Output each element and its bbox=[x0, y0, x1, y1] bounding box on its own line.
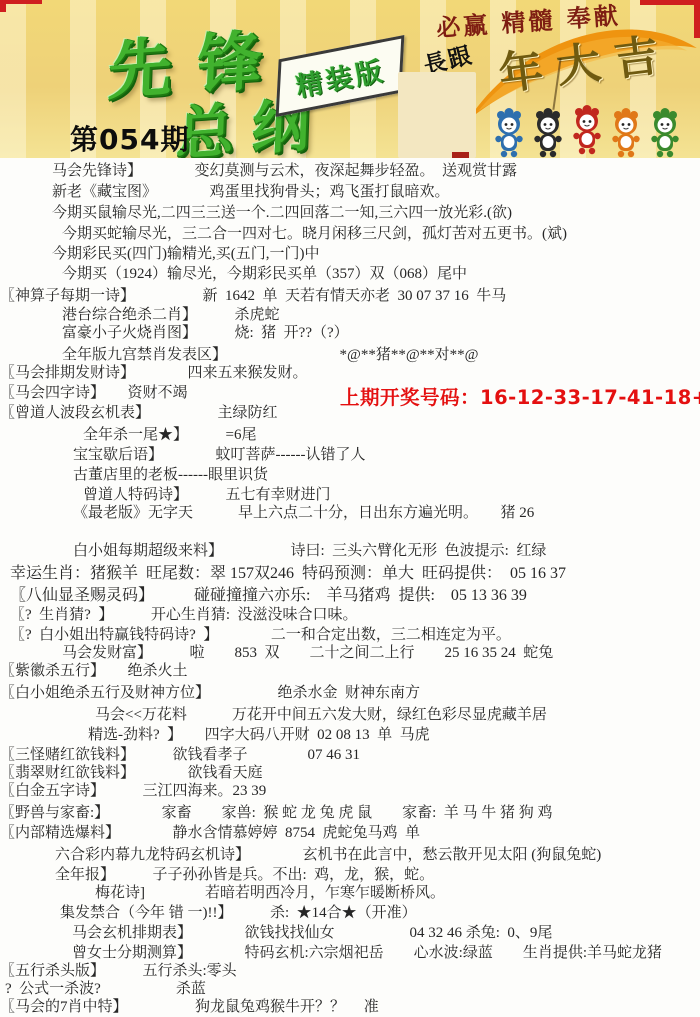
text-line: 宝宝歇后语】 蚊叮菩萨------认错了人 bbox=[73, 447, 365, 464]
text-line: 〖神算子每期一诗】 新 1642 单 天若有情天亦老 30 07 37 16 牛… bbox=[0, 288, 506, 305]
text-line: 〖? 白小姐出特赢钱特码诗? 】 二一和合定出数，三二相连定为平。 bbox=[10, 627, 511, 644]
text-line: ? 公式一杀波? 杀蓝 bbox=[5, 981, 206, 998]
text-line: 曾女士分期测算】 特码玄机:六宗烟祀岳 心水波:绿蓝 生肖提供:羊马蛇龙猪 bbox=[72, 945, 662, 962]
header-banner: 必赢 精髓 奉献 長跟 年大吉 先锋 总纲 精装版 第054期 bbox=[0, 0, 700, 158]
text-line: 古董店里的老板------眼里识货 bbox=[73, 467, 268, 484]
text-line: 精选-劲料? 】 四字大码八开财 02 08 13 单 马虎 bbox=[88, 727, 430, 744]
blue-mascot-icon bbox=[492, 108, 526, 158]
text-line: 〖马会的7肖中特】 狗龙鼠兔鸡猴牛开？？ 准 bbox=[0, 999, 379, 1016]
text-line: 全年报】 子子孙孙皆是兵。不出: 鸡，龙，猴，蛇。 bbox=[55, 867, 434, 884]
last-draw-numbers: 上期开奖号码：16-12-33-17-41-18+15 bbox=[340, 382, 700, 410]
text-line: 富豪小子火烧肖图】 烧: 猪 开??（?） bbox=[62, 325, 349, 342]
text-line: 马会玄机排期表】 欲钱找找仙女 04 32 46 杀兔: 0、9尾 bbox=[72, 925, 552, 942]
text-line: 港台综合绝杀二肖】 杀虎蛇 bbox=[62, 307, 280, 324]
text-line: 〖八仙显圣赐灵码】 碰碰撞撞六亦乐: 羊马猪鸡 提供: 05 13 36 39 bbox=[10, 587, 527, 604]
text-line: 幸运生肖：猪猴羊 旺尾数：翠 157双246 特码预测：单大 旺码提供： 05 … bbox=[10, 565, 566, 582]
red-edge-mark bbox=[694, 0, 700, 38]
red-edge-mark bbox=[452, 152, 469, 158]
orange-mascot-icon bbox=[609, 108, 643, 158]
text-line: 梅花诗] 若暗若明西冷月，乍寒乍暖断桥风。 bbox=[95, 885, 445, 902]
text-line: 今期彩民买(四门)输精光,买(五门,一门)中 bbox=[52, 246, 319, 263]
red-edge-mark bbox=[0, 0, 42, 4]
flame-mascot-icon bbox=[570, 102, 604, 158]
text-line: 全年杀一尾★】 =6尾 bbox=[83, 427, 256, 444]
text-line: 〖白金五字诗】 三江四海来。23 39 bbox=[0, 783, 266, 800]
text-line: 今期买（1924）输尽光，今期彩民买单（357）双（068）尾中 bbox=[62, 266, 467, 283]
edition-badge-label: 精装版 bbox=[292, 48, 388, 103]
green-mascot-icon bbox=[648, 108, 682, 158]
text-line: 〖内部精选爆料】 静水含情慕婷婷 8754 虎蛇兔马鸡 单 bbox=[0, 825, 420, 842]
text-line: 〖翡翠财红欲钱料】 欲钱看天庭 bbox=[0, 765, 263, 782]
text-line: 全年版九宫禁肖发表区】 *@**猪**@**对**@ bbox=[62, 347, 478, 364]
text-line: 〖马会四字诗】 资财不竭 bbox=[0, 385, 188, 402]
panda-mascot-icon bbox=[531, 108, 565, 158]
text-line: 今期买鼠输尽光,二四三三送一个.二四回落二一知,三六四一放光彩.(欲) bbox=[52, 205, 512, 222]
text-line: 曾道人特码诗】 五七有幸财进门 bbox=[83, 487, 331, 504]
text-line: 〖马会排期发财诗】 四来五来猴发财。 bbox=[0, 365, 308, 382]
text-line: 集发禁合（今年 错 一)!!】 杀: ★14合★（开准） bbox=[60, 905, 417, 922]
red-edge-mark bbox=[640, 0, 700, 5]
red-edge-mark bbox=[0, 0, 6, 12]
text-line: 〖? 生肖猜? 】 开心生肖猜: 没滋没味合口味。 bbox=[10, 607, 358, 624]
text-line: 马会先锋诗】 变幻莫测与云术，夜深起舞步轻盈。 送观赏甘露 bbox=[52, 163, 517, 180]
text-line: 《最老版》无字天 早上六点二十分，日出东方遍光明。 猪 26 bbox=[73, 505, 534, 522]
text-line: 白小姐每期超级来料】 诗曰: 三头六臂化无形 色波提示: 红绿 bbox=[73, 543, 546, 560]
text-line: 〖曾道人波段玄机表】 主绿防红 bbox=[0, 405, 278, 422]
text-line: 马会<<万花料 万花开中间五六发大财，绿红色彩尽显虎藏羊居 bbox=[95, 707, 547, 724]
text-line: 〖三怪赌红欲钱料】 欲钱看孝子 07 46 31 bbox=[0, 747, 360, 764]
text-line: 今期买蛇输尽光，三二合一四对七。晓月闲移三尺剑，孤灯苦对五更书。(斌) bbox=[62, 226, 567, 243]
text-line: 六合彩内幕九龙特码玄机诗】 玄机书在此言中，愁云散开见太阳 (狗鼠兔蛇) bbox=[55, 847, 601, 864]
text-line: 马会发财富】 啦 853 双 二十之间二上行 25 16 35 24 蛇兔 bbox=[62, 645, 553, 662]
issue-number: 第054期 bbox=[70, 118, 189, 158]
blank-patch bbox=[398, 72, 476, 158]
text-line: 〖白小姐绝杀五行及财神方位】 绝杀水金 财神东南方 bbox=[0, 685, 420, 702]
text-line: 〖五行杀头版】 五行杀头:零头 bbox=[0, 963, 237, 980]
text-line: 新老《藏宝图》 鸡蛋里找狗骨头；鸡飞蛋打鼠暗欢。 bbox=[52, 184, 450, 201]
mascot-row bbox=[492, 102, 682, 158]
lottery-tip-sheet: 必赢 精髓 奉献 長跟 年大吉 先锋 总纲 精装版 第054期 马会先锋诗】 变… bbox=[0, 0, 700, 1017]
text-line: 〖紫徽杀五行】 绝杀火土 bbox=[0, 663, 188, 680]
text-line: 〖野兽与家畜:】 家畜 家兽: 猴 蛇 龙 兔 虎 鼠 家畜: 羊 马 牛 猪 … bbox=[0, 805, 553, 822]
